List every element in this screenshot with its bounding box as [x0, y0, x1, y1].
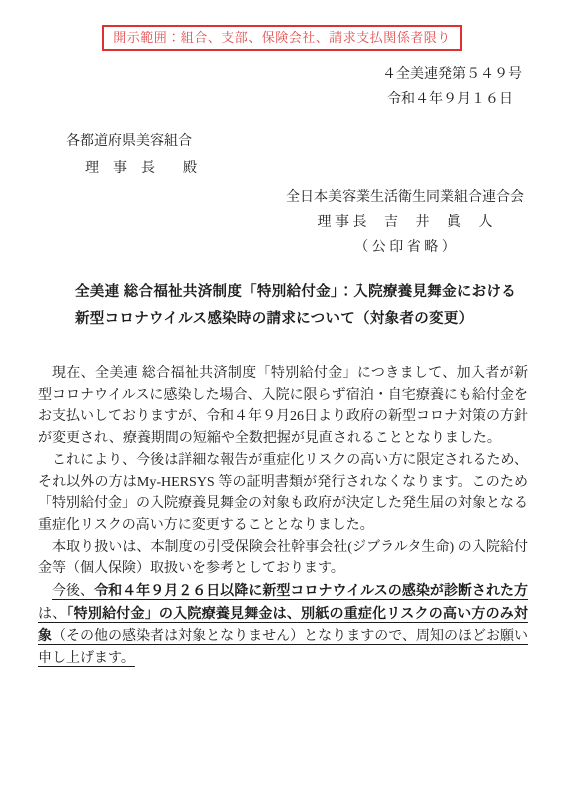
document-page: 開示範囲：組合、支部、保険会社、請求支払関係者限り ４全美連発第５４９号 令和４…	[0, 0, 564, 799]
emphasis-text: 今後、	[52, 584, 94, 599]
sender-wrap: 全日本美容業生活衛生同業組合連合会 理 事 長 吉 井 眞 人 （ 公 印 省 …	[0, 185, 564, 260]
disclosure-wrap: 開示範囲：組合、支部、保険会社、請求支払関係者限り	[0, 0, 564, 51]
subject-title: 全美連 総合福祉共済制度「特別給付金」：入院療養見舞金における 新型コロナウイル…	[75, 279, 564, 333]
addressee-organization: 各都道府県美容組合	[66, 128, 564, 155]
sender-block: 全日本美容業生活衛生同業組合連合会 理 事 長 吉 井 眞 人 （ 公 印 省 …	[286, 185, 524, 260]
emphasis-paragraph: 今後、令和４年９月２６日以降に新型コロナウイルスの感染が診断された方は、「特別給…	[38, 580, 528, 670]
addressee-block: 各都道府県美容組合 理 事 長 殿	[66, 128, 564, 182]
sender-representative: 理 事 長 吉 井 眞 人	[286, 210, 524, 235]
body-text: 現在、全美連 総合福祉共済制度「特別給付金」につきまして、加入者が新型コロナウイ…	[38, 363, 528, 670]
doc-number: ４全美連発第５４９号	[0, 62, 522, 87]
subject-line-2: 新型コロナウイルス感染時の請求について（対象者の変更）	[75, 306, 564, 333]
sender-seal-note: （ 公 印 省 略 ）	[286, 235, 524, 260]
addressee-recipient-title: 理 事 長 殿	[85, 155, 564, 182]
doc-meta: ４全美連発第５４９号 令和４年９月１６日	[0, 62, 564, 112]
emphasis-text: は、	[38, 607, 66, 622]
emphasis-bold-text: 令和４年９月２６日以降に新型コロナウイルスの感染が診断された方	[94, 582, 528, 598]
disclosure-scope-box: 開示範囲：組合、支部、保険会社、請求支払関係者限り	[102, 25, 462, 51]
body-paragraph-3: 本取り扱いは、本制度の引受保険会社幹事会社(ジブラルタ生命) の入院給付金等（個…	[38, 537, 528, 580]
subject-line-1: 全美連 総合福祉共済制度「特別給付金」：入院療養見舞金における	[75, 279, 564, 306]
body-paragraph-1: 現在、全美連 総合福祉共済制度「特別給付金」につきまして、加入者が新型コロナウイ…	[38, 363, 528, 450]
doc-date: 令和４年９月１６日	[0, 87, 522, 112]
emphasis-text: （その他の感染者は対象となりません）となりますので、周知のほどお願い申し上げます…	[38, 629, 528, 666]
sender-organization: 全日本美容業生活衛生同業組合連合会	[286, 185, 524, 210]
body-paragraph-2: これにより、今後は詳細な報告が重症化リスクの高い方に限定されるため、それ以外の方…	[38, 450, 528, 537]
